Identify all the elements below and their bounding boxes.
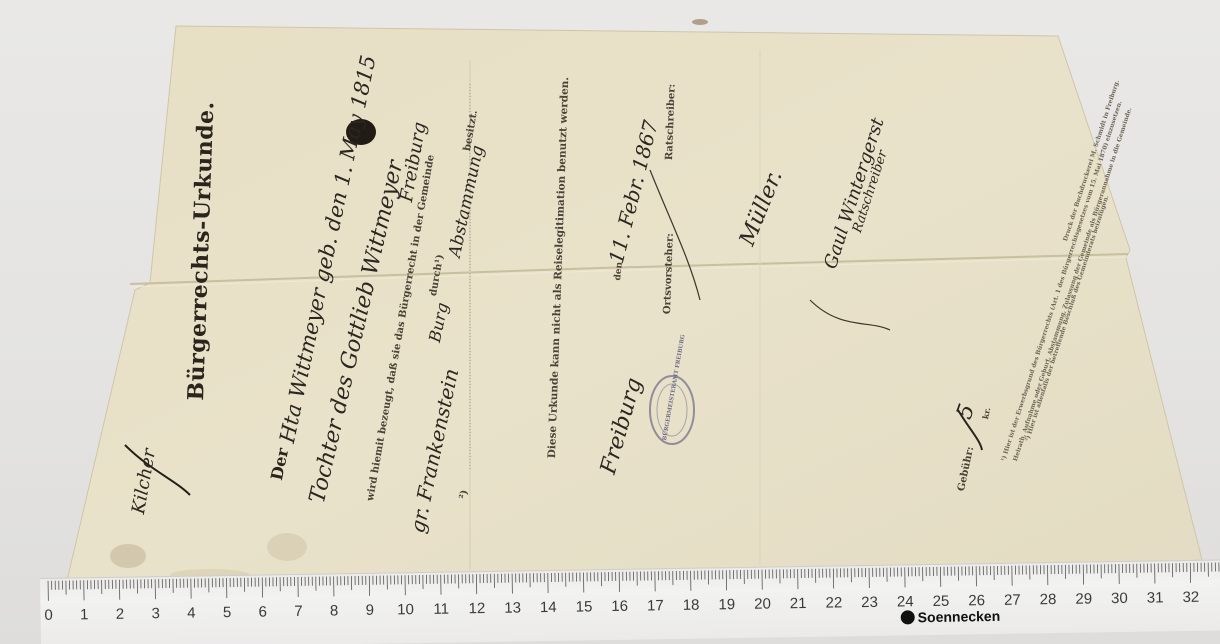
ruler-label: 28 <box>1040 591 1057 608</box>
ruler-label: 30 <box>1111 590 1128 607</box>
ruler-label: 24 <box>897 593 914 610</box>
ruler-label: 23 <box>861 594 878 611</box>
ruler-label: 5 <box>223 604 232 621</box>
ruler-label: 22 <box>825 594 842 611</box>
ruler-label: 19 <box>718 596 735 613</box>
ruler-label: 14 <box>540 599 557 616</box>
ruler-label: 15 <box>576 598 593 615</box>
ruler-label: 17 <box>647 597 664 614</box>
ruler-label: 31 <box>1147 589 1164 606</box>
ruler-label: 18 <box>683 597 700 614</box>
ruler-label: 7 <box>294 603 303 620</box>
ruler-label: 29 <box>1075 590 1092 607</box>
ruler-label: 21 <box>790 595 807 612</box>
photo-scene: Bürgerrechts-Urkunde. Kilcher Der Hta Wi… <box>0 0 1220 644</box>
ruler-label: 10 <box>397 601 414 618</box>
ruler-label: 13 <box>504 599 521 616</box>
ruler-brand: Soennecken <box>901 608 1001 626</box>
ruler-label: 9 <box>366 602 375 619</box>
ruler-label: 27 <box>1004 592 1021 609</box>
ruler-label: 20 <box>754 596 771 613</box>
ruler-label: 11 <box>433 601 449 618</box>
ruler-label: 25 <box>933 593 950 610</box>
document-paper <box>0 0 1220 644</box>
ruler-label: 8 <box>330 602 339 619</box>
ruler-label: 3 <box>151 605 160 622</box>
ruler-label: 2 <box>116 606 125 623</box>
ruler-label: 26 <box>968 592 985 609</box>
ruler-label: 16 <box>611 598 628 615</box>
ruler-label: 6 <box>258 603 267 620</box>
ruler-label: 4 <box>187 605 196 622</box>
ruler-brand-label: Soennecken <box>918 608 1001 625</box>
footnote-marker: ²) <box>458 489 470 500</box>
soennecken-logo-icon <box>901 610 915 624</box>
ruler-label: 1 <box>80 606 89 623</box>
ruler-label: 32 <box>1182 589 1199 606</box>
ruler-label: 12 <box>468 600 485 617</box>
ruler-label: 0 <box>44 607 53 624</box>
